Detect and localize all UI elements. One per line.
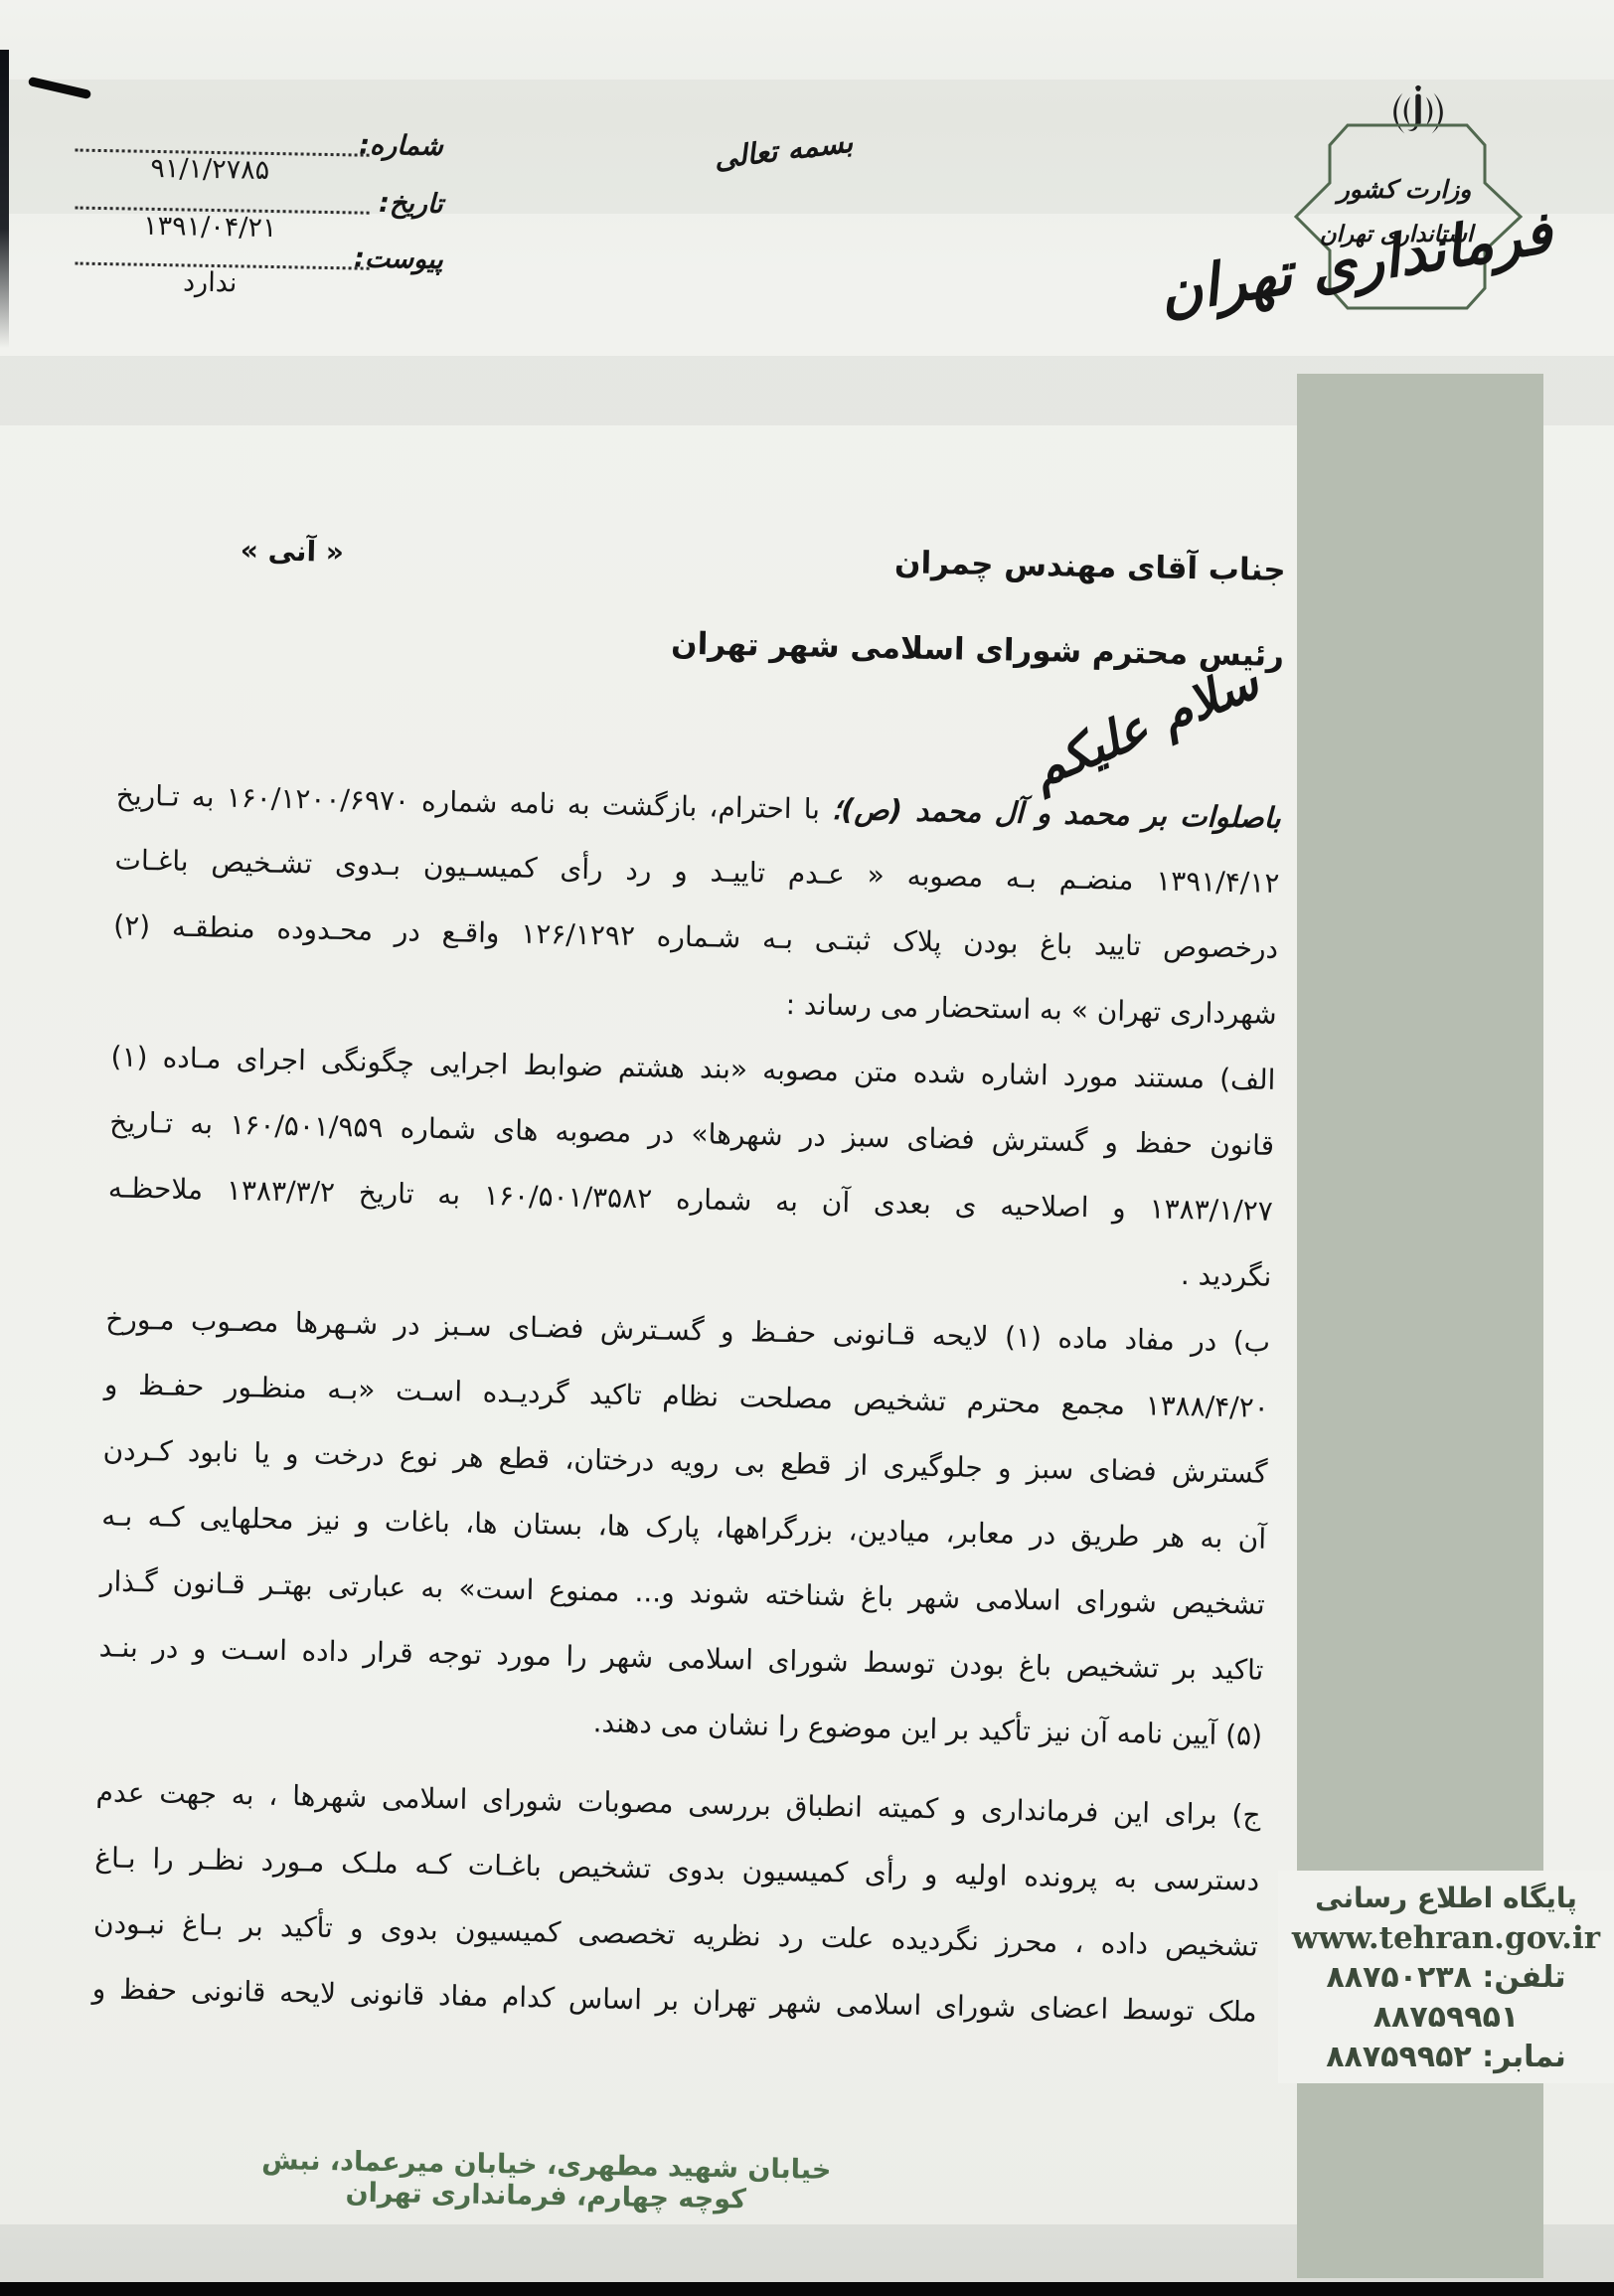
bismillah-calligraphy: بسمه تعالی (712, 125, 854, 176)
ref-attachment-row: پیوست: ندارد (57, 238, 443, 300)
scan-left-edge-mark (0, 50, 9, 348)
phone-line-1: تلفن: ۸۸۷۵۰۲۳۸ (1278, 1958, 1614, 1998)
ref-date-label: تاریخ: (379, 188, 443, 220)
portal-label: پایگاه اطلاع رسانی (1278, 1879, 1614, 1918)
body-paragraphs: باصلوات بر محمد و آل محمد (ص)؛ با احترام… (91, 761, 1281, 2045)
ref-attachment-value: ندارد (86, 265, 334, 300)
scanned-letter-page: شماره: ۹۱/۱/۲۷۸۵ تاریخ: ۱۳۹۱/۰۴/۲۱ پیوست… (0, 0, 1614, 2296)
scan-bottom-edge (0, 2282, 1614, 2296)
footer-address: خیابان شهید مطهری، خیابان میرعماد، نبش ک… (257, 2145, 835, 2216)
phone-line-2: ۸۸۷۵۹۹۵۱ (1278, 1998, 1614, 2038)
recipient-title: رئیس محترم شورای اسلامی شهر تهران (119, 614, 1285, 684)
letter-body: جناب آقای مهندس چمران « آنی » رئیس محترم… (91, 529, 1286, 2045)
ref-number-value: ۹۱/۱/۲۷۸۵ (86, 152, 334, 187)
contact-info-box: پایگاه اطلاع رسانی www.tehran.gov.ir تلف… (1278, 1871, 1614, 2083)
scan-pen-mark (28, 77, 91, 99)
ref-date-row: تاریخ: ۱۳۹۱/۰۴/۲۱ (57, 182, 443, 245)
fax-line: نمابر: ۸۸۷۵۹۹۵۲ (1278, 2038, 1614, 2077)
website-url: www.tehran.gov.ir (1278, 1918, 1614, 1958)
body-text: با احترام، بازگشت به نامه شماره ۱۶۰/۱۲۰۰… (116, 778, 821, 825)
recipient-row: جناب آقای مهندس چمران « آنی » (120, 529, 1286, 598)
urgency-tag: « آنی » (241, 534, 345, 569)
recipient-name: جناب آقای مهندس چمران (894, 545, 1286, 588)
ref-number-row: شماره: ۹۱/۱/۲۷۸۵ (57, 124, 443, 187)
ref-attachment-label: پیوست: (354, 243, 443, 275)
opening-prayer: باصلوات بر محمد و آل محمد (ص)؛ (832, 792, 1281, 835)
ref-number-label: شماره: (359, 130, 443, 162)
ministry-name: وزارت کشور (1330, 175, 1479, 204)
